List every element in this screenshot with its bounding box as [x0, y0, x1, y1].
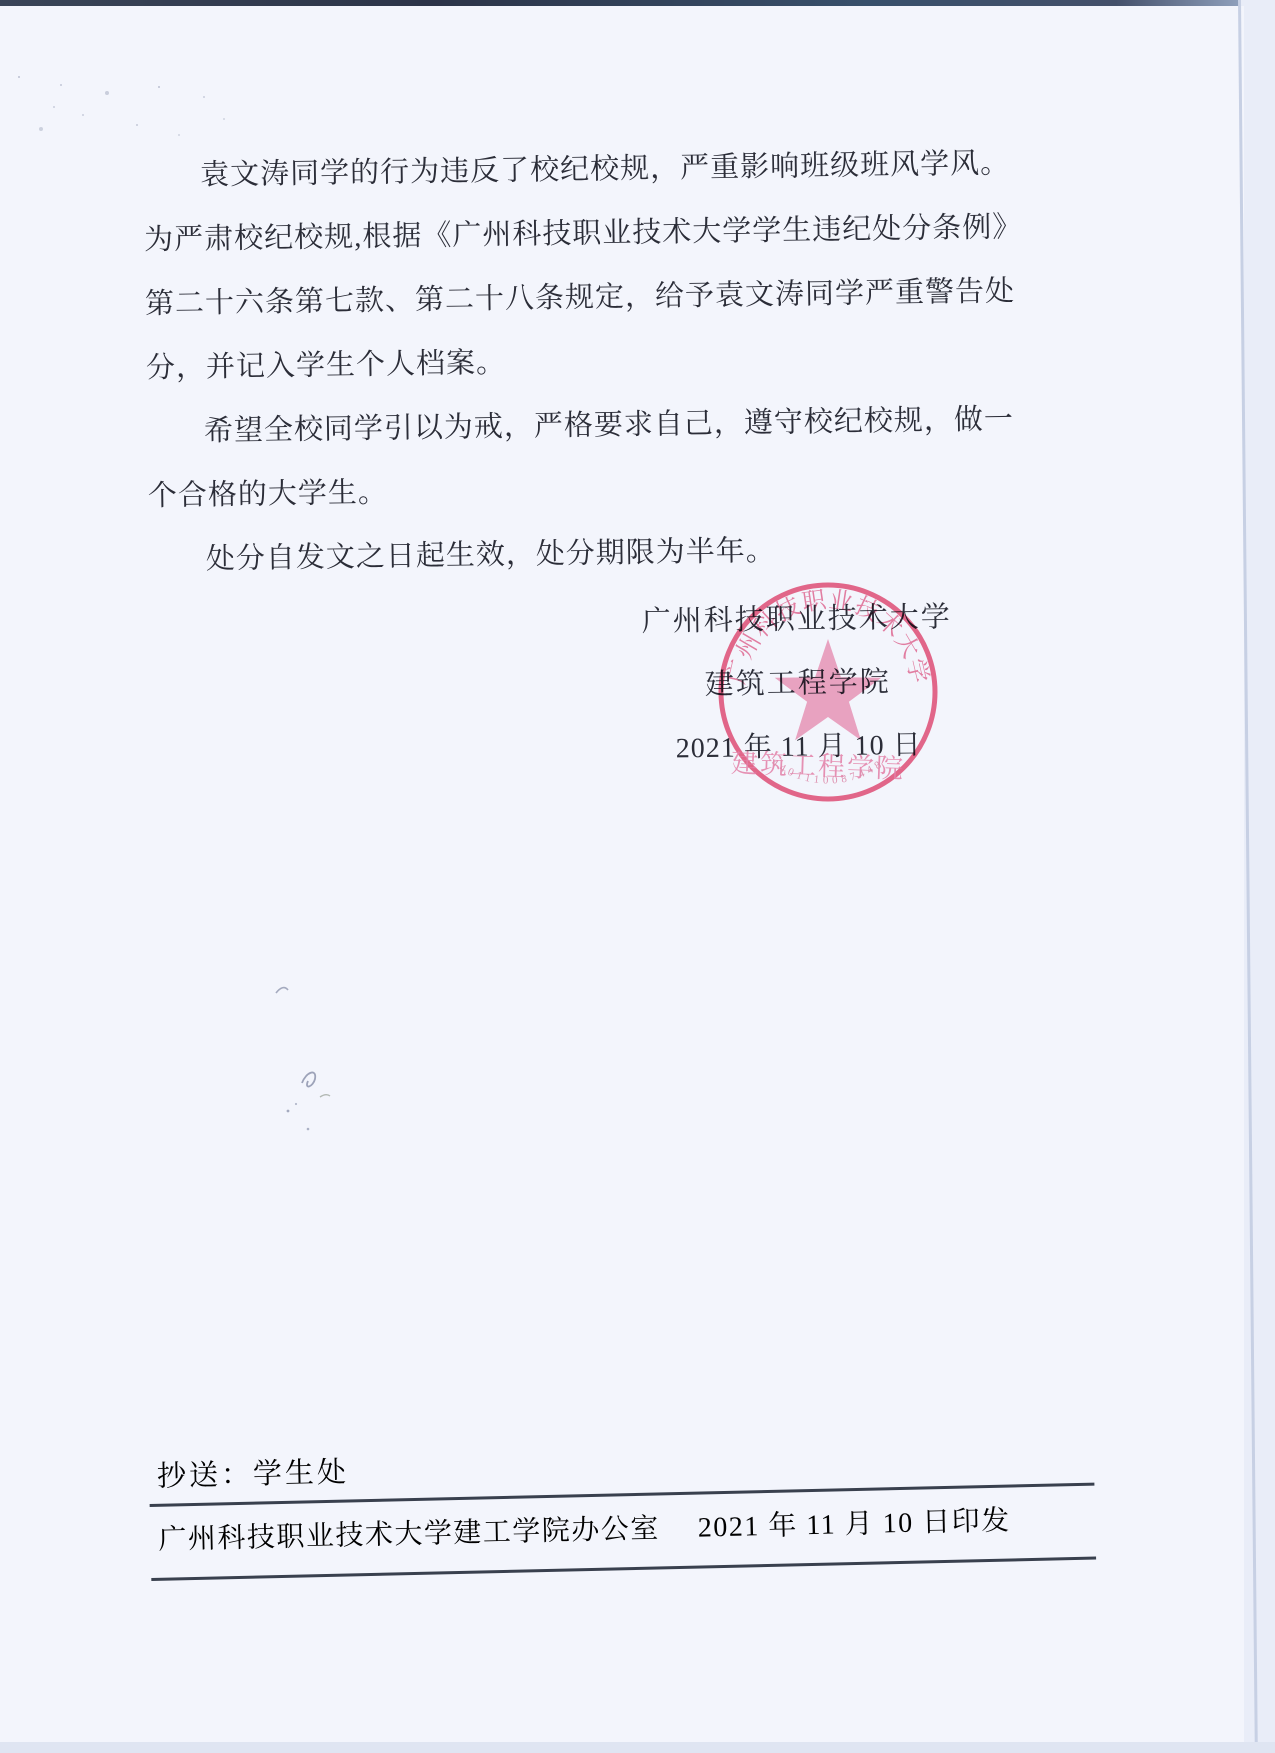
scan-noise: [18, 76, 20, 78]
body-text: 袁文涛同学的行为违反了校纪校规，严重影响班级班风学风。为严肃校纪校规,根据《广州…: [143, 131, 1060, 592]
footer-block: 抄送：学生处 广州科技职业技术大学建工学院办公室 2021 年 11 月 10 …: [148, 1424, 1101, 1596]
stamp-star-icon: [775, 639, 882, 740]
issuer-line: 广州科技职业技术大学建工学院办公室 2021 年 11 月 10 日印发: [158, 1498, 1011, 1557]
scan-edge-bottom: [0, 1742, 1275, 1753]
pen-marks: [262, 961, 372, 1151]
footer-divider: [151, 1557, 1096, 1581]
body-line: 希望全校同学引以为戒，严格要求自己，遵守校纪校规，做一: [146, 387, 1057, 464]
cc-line: 抄送：学生处: [156, 1449, 349, 1494]
scan-edge-top: [0, 0, 1240, 6]
body-line: 第二十六条第七款、第二十八条规定，给予袁文涛同学严重警告处: [145, 259, 1056, 336]
paper: 袁文涛同学的行为违反了校纪校规，严重影响班级班风学风。为严肃校纪校规,根据《广州…: [0, 6, 1244, 1744]
official-stamp: 广州科技职业技术大学 建筑工程学院 4401110087448: [713, 577, 945, 809]
